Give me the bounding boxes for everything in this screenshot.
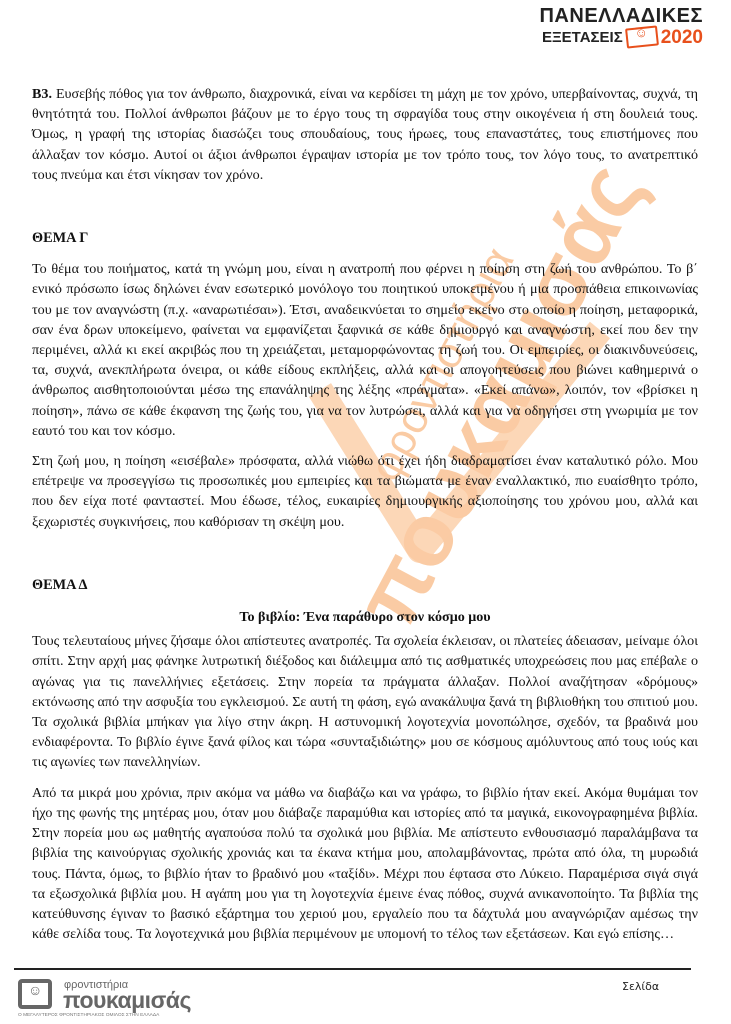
b3-answer: Β3. Ευσεβής πόθος για τον άνθρωπο, διαχρ…: [32, 84, 698, 185]
b3-text: Ευσεβής πόθος για τον άνθρωπο, διαχρονικ…: [32, 86, 698, 183]
thema-g-paragraph-2: Στη ζωή μου, η ποίηση «εισέβαλε» πρόσφατ…: [32, 451, 698, 532]
page-label: Σελίδα: [622, 980, 659, 993]
logo-year: 2020: [661, 28, 703, 47]
logo-line-2-row: ΕΞΕΤΑΣΕΙΣ 2020: [539, 27, 703, 47]
thema-d-paragraph-2: Από τα μικρά μου χρόνια, πριν ακόμα να μ…: [32, 783, 698, 945]
b3-label: Β3.: [32, 86, 52, 102]
essay-title: Το βιβλίο: Ένα παράθυρο στον κόσμο μου: [32, 607, 698, 627]
thema-g-title: ΘΕΜΑ Γ: [32, 228, 698, 248]
smiley-screen-icon: ☺: [18, 979, 52, 1009]
footer-logo-big: πουκαμισάς: [63, 987, 191, 1014]
thema-g-paragraph-1: Το θέμα του ποιήματος, κατά τη γνώμη μου…: [32, 259, 698, 441]
thema-d-title: ΘΕΜΑ Δ: [32, 575, 698, 595]
logo-line-2: ΕΞΕΤΑΣΕΙΣ: [542, 30, 623, 45]
panellinies-2020-logo: ΠΑΝΕΛΛΑΔΙΚΕΣ ΕΞΕΤΑΣΕΙΣ 2020: [539, 6, 703, 47]
logo-line-1: ΠΑΝΕΛΛΑΔΙΚΕΣ: [539, 6, 703, 26]
footer-divider: [14, 968, 691, 970]
smiley-box-icon: [625, 25, 659, 48]
footer-logo-tagline: Ο ΜΕΓΑΛΥΤΕΡΟΣ ΦΡΟΝΤΙΣΤΗΡΙΑΚΟΣ ΟΜΙΛΟΣ ΣΤΗ…: [18, 1013, 159, 1018]
document-body: Β3. Ευσεβής πόθος για τον άνθρωπο, διαχρ…: [32, 84, 698, 944]
thema-d-paragraph-1: Τους τελευταίους μήνες ζήσαμε όλοι απίστ…: [32, 631, 698, 772]
